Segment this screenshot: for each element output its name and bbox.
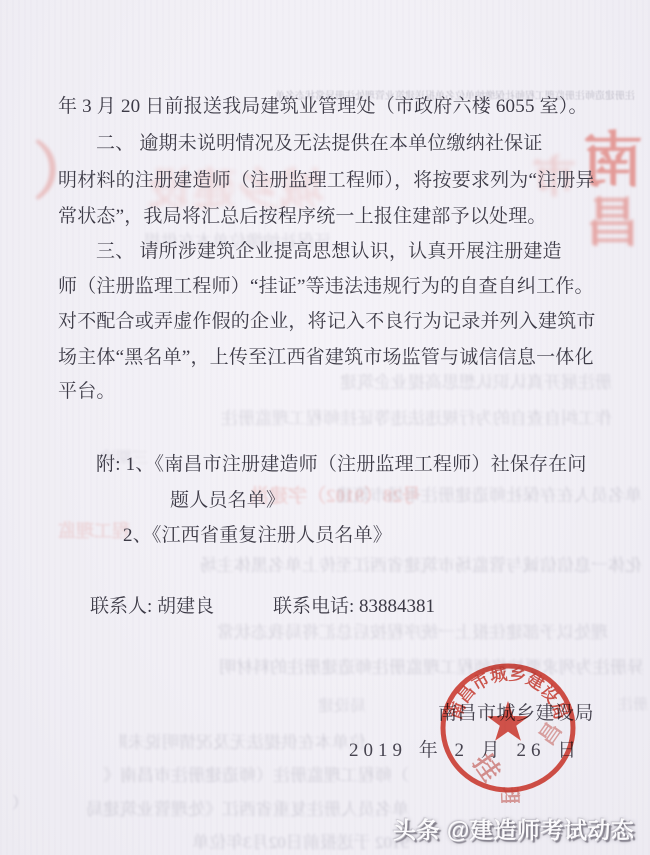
scanned-notice-page: （城乡建设南昌市号28（9102）字建洪程工理监 注册建造师注册监理工程师社保缴… [0, 0, 650, 855]
body-text-line: 平台。 [58, 380, 116, 404]
body-text-line: 场主体“黑名单”，上传至江西省建筑市场监管与诚信信息一体化 [58, 346, 594, 370]
contact-phone: 联系电话: 83884381 [273, 591, 435, 618]
bleedthrough-ghost-line: （ [8, 793, 28, 815]
body-text-line: 年 3 月 20 日前报送我局建筑业管理处（市政府六楼 6055 室）。 [58, 95, 588, 119]
bleedthrough-ghost-line: 局设建 [300, 696, 366, 718]
bleedthrough-ghost-line: 位单本在供提法无及况情明说未期逾 [120, 732, 366, 754]
body-text-line: 三、 请所涉建筑企业提高思想认识，认真开展注册建造 [96, 240, 562, 264]
bleedthrough-ghost-line: 册注 [612, 694, 648, 716]
attachment-line: 附: 1、《南昌市注册建造师（注册监理工程师）社保存在问 [96, 453, 587, 477]
signature-org: 南昌市城乡建设局 [438, 698, 594, 725]
attachment-line: 题人员名单》 [170, 489, 285, 513]
bleedthrough-ghost-line: 理处以予部建住报上一统序程按后总汇将局我态状常 [56, 622, 608, 644]
body-text-line: 师（注册监理工程师）“挂证”等违法违规行为的自查自纠工作。 [58, 275, 594, 299]
contact-person: 联系人: 胡建良 [90, 591, 214, 618]
body-text-line: 常状态”，我局将汇总后按程序统一上报住建部予以处理。 [58, 205, 547, 229]
bleedthrough-ghost-line: 异册注为列求要按将师程工理监册注师造建册注的料材明 [56, 657, 644, 679]
seal-ghost-char: 理 [497, 786, 523, 803]
seal-ring [443, 666, 573, 790]
bleedthrough-ghost-line: 9102 于送报前日02月3年位单 [57, 832, 409, 854]
signature-date: 2019 年 2 月 26 日 [349, 735, 581, 762]
bleedthrough-ghost-line: ）师程工理监册注（师造建册注市昌南《 [57, 765, 409, 787]
contact-row: 联系人: 胡建良 联系电话: 83884381 [0, 591, 650, 617]
bleedthrough-ghost-line: 单名员人在存保社师造建册注市场市筑建 [298, 485, 642, 507]
body-text-line: 对不配合或弄虚作假的企业，将记入不良行为记录并列入建筑市 [58, 310, 596, 334]
body-text-line: 明材料的注册建造师（注册监理工程师），将按要求列为“注册异 [58, 169, 595, 193]
attachment-line: 2、《江西省重复注册人员名单》 [123, 524, 392, 548]
bleedthrough-ghost-line: 册注展开真认识认想思高提业企筑建 [300, 372, 612, 394]
bleedthrough-red-fragment: 昌 [586, 196, 640, 250]
bleedthrough-red-fragment: 程工理监 [58, 522, 130, 540]
official-seal: 南昌市城乡建设局 挂 理 昌 [432, 655, 584, 803]
bleedthrough-ghost-line: 单名员人册注复重省西江《处理管业筑建局 [57, 799, 409, 821]
toutiao-watermark: 头条 @建造师考试动态 [393, 812, 634, 845]
bleedthrough-ghost-line: 作工纠自查自的为行规违法违等证挂师程工理监册注 [56, 408, 612, 430]
bleedthrough-ghost-line: 化体一息信信诚与管监场市筑建省西江至传上单名黑体主场 [56, 555, 642, 577]
seal-graphic: 南昌市城乡建设局 挂 理 昌 [443, 664, 573, 803]
body-text-line: 二、 逾期未说明情况及无法提供在本单位缴纳社保证 [96, 132, 543, 156]
